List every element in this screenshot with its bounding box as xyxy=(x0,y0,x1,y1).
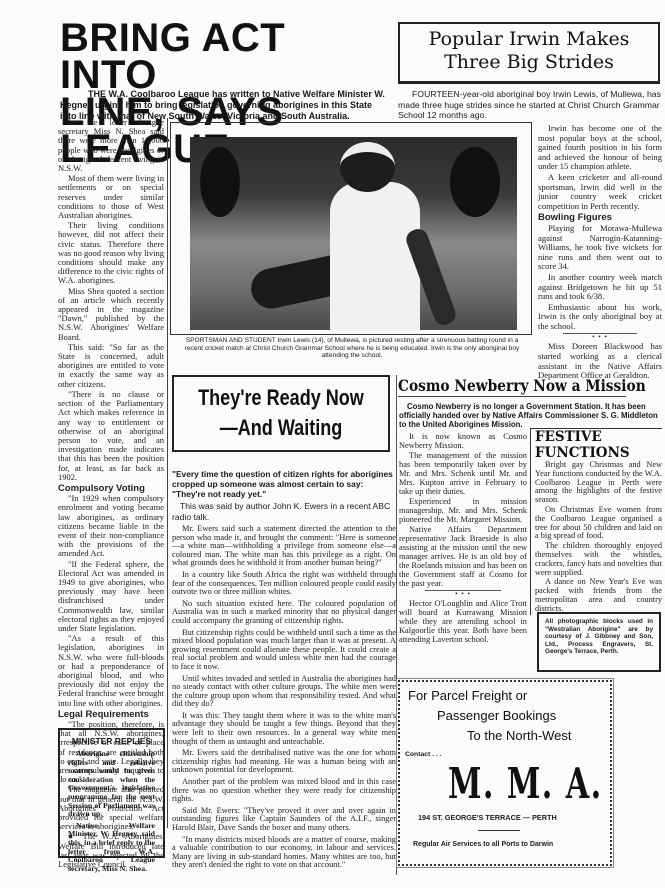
tree-shape xyxy=(450,147,500,217)
paragraph: Miss Shea quoted a section of an article… xyxy=(58,287,164,342)
paragraph: Playing for Morawa-Mullewa against Narro… xyxy=(538,224,662,272)
festive-headline: FESTIVE FUNCTIONS xyxy=(535,429,662,461)
paragraph: Mr. Ewers said such a statement directed… xyxy=(172,525,396,568)
paragraph: "If the Federal sphere, the Electoral Ac… xyxy=(58,560,164,634)
ad-company-name: M. M. A. xyxy=(448,760,534,808)
tree-shape xyxy=(200,147,240,217)
paragraph: Mr. Ewers said the detribalised native w… xyxy=(172,749,396,775)
paragraph: In another country week match against Br… xyxy=(538,273,662,302)
paragraph: "As a result of this legislation, aborig… xyxy=(58,634,164,708)
festive-headline-line2: FUNCTIONS xyxy=(535,445,662,461)
ready-headline-line2: —And Waiting xyxy=(194,413,368,443)
paragraph: In the letter League secretary Miss N. S… xyxy=(58,118,164,173)
paragraph: "In 1929 when compulsory enrolment and v… xyxy=(58,494,164,558)
minister-replies-box: MINISTER REPLIES Aborigine citizenship r… xyxy=(58,728,165,858)
paragraph: Hector O'Loughlin and Alice Trott will b… xyxy=(399,599,527,644)
minister-replies-heading: MINISTER REPLIES xyxy=(68,736,155,746)
paragraph: Bright gay Christmas and New Year functi… xyxy=(535,461,662,505)
dinkus-divider: • • • xyxy=(563,333,637,340)
paragraph: No such situation existed here. The colo… xyxy=(172,600,396,626)
paragraph: A keen cricketer and all-round sportsman… xyxy=(538,173,662,211)
paragraph: Enthusiastic about his work, Irwin is th… xyxy=(538,303,662,332)
ad-divider xyxy=(478,830,520,831)
ready-byline: This was said by author John K. Ewers in… xyxy=(172,501,396,522)
subhead-compulsory-voting: Compulsory Voting xyxy=(58,484,164,493)
festive-story: FESTIVE FUNCTIONS Bright gay Christmas a… xyxy=(530,428,662,615)
ready-headline: They're Ready Now —And Waiting xyxy=(194,383,368,443)
paragraph: Aborigine citizenship rights and relativ… xyxy=(68,750,155,819)
paragraph: In a country like South Africa the right… xyxy=(172,571,396,597)
photo-figure-body xyxy=(330,182,420,330)
paragraph: Most of them were living in settlements … xyxy=(58,174,164,220)
cosmo-story-column: It is now known as Cosmo Newberry Missio… xyxy=(399,432,527,645)
ad-contact: Contact . . . xyxy=(405,751,442,758)
photo-credits-box: All photographic blocks used in "Westral… xyxy=(537,612,661,672)
paragraph: The management of the mission has been t… xyxy=(399,451,527,496)
column-divider xyxy=(396,375,397,875)
photo-caption: SPORTSMAN AND STUDENT Irwin Lewis (14), … xyxy=(182,337,522,360)
photo-figure-head xyxy=(340,142,395,192)
paragraph: A dance on New Year's Eve was packed wit… xyxy=(535,578,662,613)
paragraph: Irwin has become one of the most popular… xyxy=(538,124,662,172)
cricket-photo xyxy=(190,137,517,330)
irwin-headline-line2: Three Big Strides xyxy=(402,51,656,74)
main-headline-line1: BRING ACT INTO xyxy=(60,20,390,94)
dinkus-divider: • • • xyxy=(425,590,502,597)
ready-story-column: Mr. Ewers said such a statement directed… xyxy=(172,525,396,873)
irwin-headline: Popular Irwin Makes Three Big Strides xyxy=(402,28,656,74)
column-divider xyxy=(167,118,168,828)
irwin-headline-line1: Popular Irwin Makes xyxy=(402,28,656,51)
subhead-legal-requirements: Legal Requirements xyxy=(58,710,164,719)
paragraph: On Christmas Eve women from the Coolbaro… xyxy=(535,506,662,541)
paragraph: The children thoroughly enjoyed themselv… xyxy=(535,542,662,577)
paragraph: "There is no clause or section of the Pa… xyxy=(58,390,164,482)
paragraph: "In many districts mixed bloods are a ma… xyxy=(172,836,396,870)
paragraph: It is now known as Cosmo Newberry Missio… xyxy=(399,432,527,450)
paragraph: But citizenship rights could be withheld… xyxy=(172,629,396,672)
paragraph: Native Affairs Department representative… xyxy=(399,525,527,588)
paragraph: Their living conditions however, did not… xyxy=(58,221,164,285)
ad-line-1: For Parcel Freight or xyxy=(408,688,527,703)
ready-quote: "Every time the question of citizen righ… xyxy=(172,469,396,499)
subhead-bowling-figures: Bowling Figures xyxy=(538,213,662,223)
cosmo-standfirst: Cosmo Newberry is no longer a Government… xyxy=(399,402,662,429)
paragraph: It was this: They taught them where it w… xyxy=(172,712,396,746)
paragraph: Said Mr. Ewers: "They've proved it over … xyxy=(172,807,396,833)
ad-line-3: To the North-West xyxy=(467,728,572,743)
paragraph: Another part of the problem was mixed bl… xyxy=(172,778,396,804)
ad-address: 194 ST. GEORGE'S TERRACE — PERTH xyxy=(418,813,557,822)
irwin-standfirst: FOURTEEN-year-old aboriginal boy Irwin L… xyxy=(398,89,663,121)
paragraph: This said: "So far as the State is conce… xyxy=(58,343,164,389)
ready-headline-line1: They're Ready Now xyxy=(194,383,368,413)
paragraph: Until whites invaded and settled in Aust… xyxy=(172,675,396,709)
cosmo-headline: Cosmo Newberry Now a Mission xyxy=(398,376,626,397)
ad-line-2: Passenger Bookings xyxy=(437,708,556,723)
paragraph: Native Welfare Minister, W. Hegney, said… xyxy=(68,822,155,874)
festive-headline-line1: FESTIVE xyxy=(535,429,662,445)
paragraph: Experienced in mission managership, Mr. … xyxy=(399,497,527,524)
ad-services: Regular Air Services to all Ports to Dar… xyxy=(413,841,553,848)
irwin-story-column: Irwin has become one of the most popular… xyxy=(538,124,662,382)
